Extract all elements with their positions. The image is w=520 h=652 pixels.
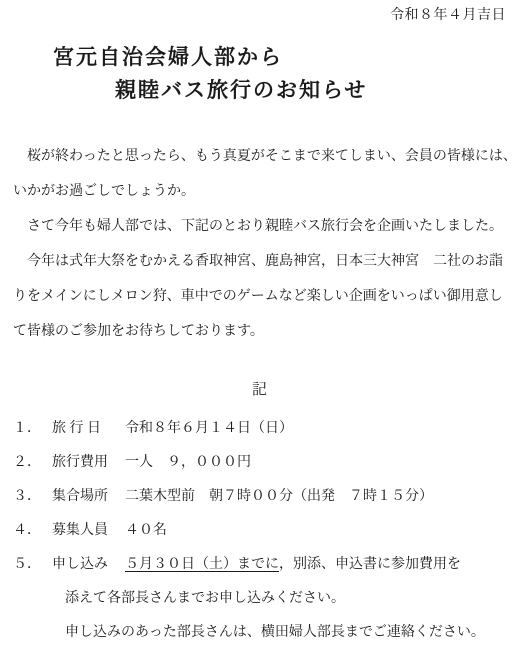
paragraph-line: 今年は式年大祭をむかえる香取神宮、鹿島神宮，日本三大神宮 二社のお詣 bbox=[13, 244, 507, 279]
paragraph-line: りをメインにしメロン狩、車中でのゲームなど楽しい企画をいっぱい御用意し bbox=[13, 279, 507, 314]
item-text: 二葉木型前 朝７時００分（出発 ７時１５分） bbox=[125, 489, 433, 504]
item-label: 集合場所 bbox=[52, 480, 125, 514]
document-title: 宮元自治会婦人部から 親睦バス旅行のお知らせ bbox=[53, 41, 520, 107]
item-continuation-line: 申し込みのあった部長さんは、横田婦人部長までご連絡ください。 bbox=[13, 616, 507, 650]
item-text: 一人 ９，０００円 bbox=[125, 455, 251, 470]
list-item-capacity: ４．募集人員４０名 bbox=[13, 514, 507, 548]
item-text: ４０名 bbox=[125, 523, 167, 538]
item-label: 旅 行 日 bbox=[52, 412, 125, 446]
paragraph-line: さて今年も婦人部では、下記のとおり親睦バス旅行会を企画いたしました。 bbox=[13, 209, 507, 244]
paragraph-line: いかがお過ごしでしょうか。 bbox=[13, 174, 507, 209]
item-label: 旅行費用 bbox=[52, 446, 125, 480]
paragraph-line: て皆様のご参加をお待ちしております。 bbox=[13, 314, 507, 349]
item-text: ，別添、申込書に参加費用を bbox=[279, 557, 461, 572]
item-text: 令和８年６月１４日（日） bbox=[125, 421, 293, 436]
paragraph-line: 桜が終わったと思ったら、もう真夏がそこまで来てしまい、会員の皆様には、 bbox=[13, 139, 507, 174]
detail-list: １．旅 行 日令和８年６月１４日（日） ２．旅行費用一人 ９，０００円 ３．集合… bbox=[13, 412, 507, 650]
document-page: 令和８年４月吉日 宮元自治会婦人部から 親睦バス旅行のお知らせ 桜が終わったと思… bbox=[0, 0, 520, 652]
item-label: 申し込み bbox=[52, 548, 125, 582]
issue-date: 令和８年４月吉日 bbox=[0, 0, 520, 26]
list-item-meeting-place: ３．集合場所二葉木型前 朝７時００分（出発 ７時１５分） bbox=[13, 480, 507, 514]
item-number: ２． bbox=[13, 446, 52, 480]
item-number: ５． bbox=[13, 548, 52, 582]
list-item-trip-date: １．旅 行 日令和８年６月１４日（日） bbox=[13, 412, 507, 446]
item-label: 募集人員 bbox=[52, 514, 125, 548]
list-item-trip-cost: ２．旅行費用一人 ９，０００円 bbox=[13, 446, 507, 480]
document-title-line2: 親睦バス旅行のお知らせ bbox=[115, 74, 520, 107]
item-continuation-line: 添えて各部長さんまでお申し込みください。 bbox=[13, 582, 507, 616]
record-heading: 記 bbox=[0, 373, 520, 407]
item-text-underlined-deadline: ５月３０日（土）までに bbox=[125, 557, 279, 572]
item-number: ３． bbox=[13, 480, 52, 514]
body-paragraphs: 桜が終わったと思ったら、もう真夏がそこまで来てしまい、会員の皆様には、 いかがお… bbox=[13, 139, 507, 349]
item-number: ４． bbox=[13, 514, 52, 548]
list-item-application: ５．申し込み５月３０日（土）までに，別添、申込書に参加費用を bbox=[13, 548, 507, 582]
document-title-line1: 宮元自治会婦人部から bbox=[53, 41, 520, 74]
item-number: １． bbox=[13, 412, 52, 446]
